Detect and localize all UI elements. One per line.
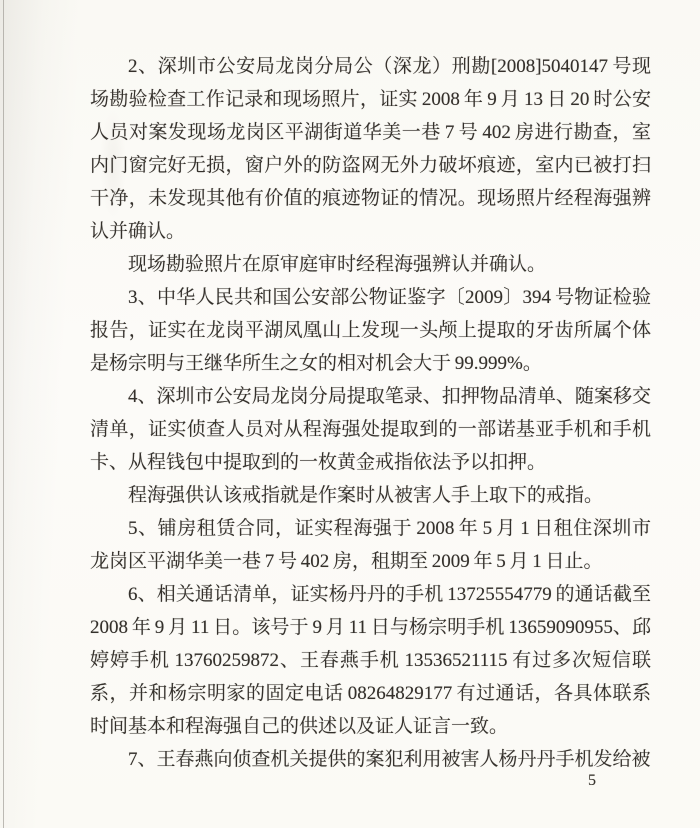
document-body: 2、深圳市公安局龙岗分局公（深龙）刑勘[2008]5040147 号现场勘验检查…	[90, 50, 651, 776]
page-number: 5	[588, 771, 596, 791]
paragraph-evidence-2: 2、深圳市公安局龙岗分局公（深龙）刑勘[2008]5040147 号现场勘验检查…	[90, 50, 651, 248]
paragraph-ring-confession: 程海强供认该戒指就是作案时从被害人手上取下的戒指。	[90, 479, 651, 512]
paragraph-evidence-6: 6、相关通话清单，证实杨丹丹的手机 13725554779 的通话截至 2008…	[90, 578, 651, 743]
paragraph-evidence-5: 5、铺房租赁合同，证实程海强于 2008 年 5 月 1 日租住深圳市龙岗区平湖…	[90, 512, 651, 578]
paragraph-evidence-7: 7、王春燕向侦查机关提供的案犯利用被害人杨丹丹手机发给被	[90, 743, 651, 776]
paragraph-scene-photos-confirmation: 现场勘验照片在原审庭审时经程海强辨认并确认。	[90, 248, 651, 281]
scanned-document-page: 2、深圳市公安局龙岗分局公（深龙）刑勘[2008]5040147 号现场勘验检查…	[0, 0, 700, 828]
paragraph-evidence-4: 4、深圳市公安局龙岗分局提取笔录、扣押物品清单、随案移交清单，证实侦查人员对从程…	[90, 380, 651, 479]
scan-edge-line	[3, 0, 4, 828]
paragraph-evidence-3: 3、中华人民共和国公安部公物证鉴字〔2009〕394 号物证检验报告，证实在龙岗…	[90, 281, 651, 380]
